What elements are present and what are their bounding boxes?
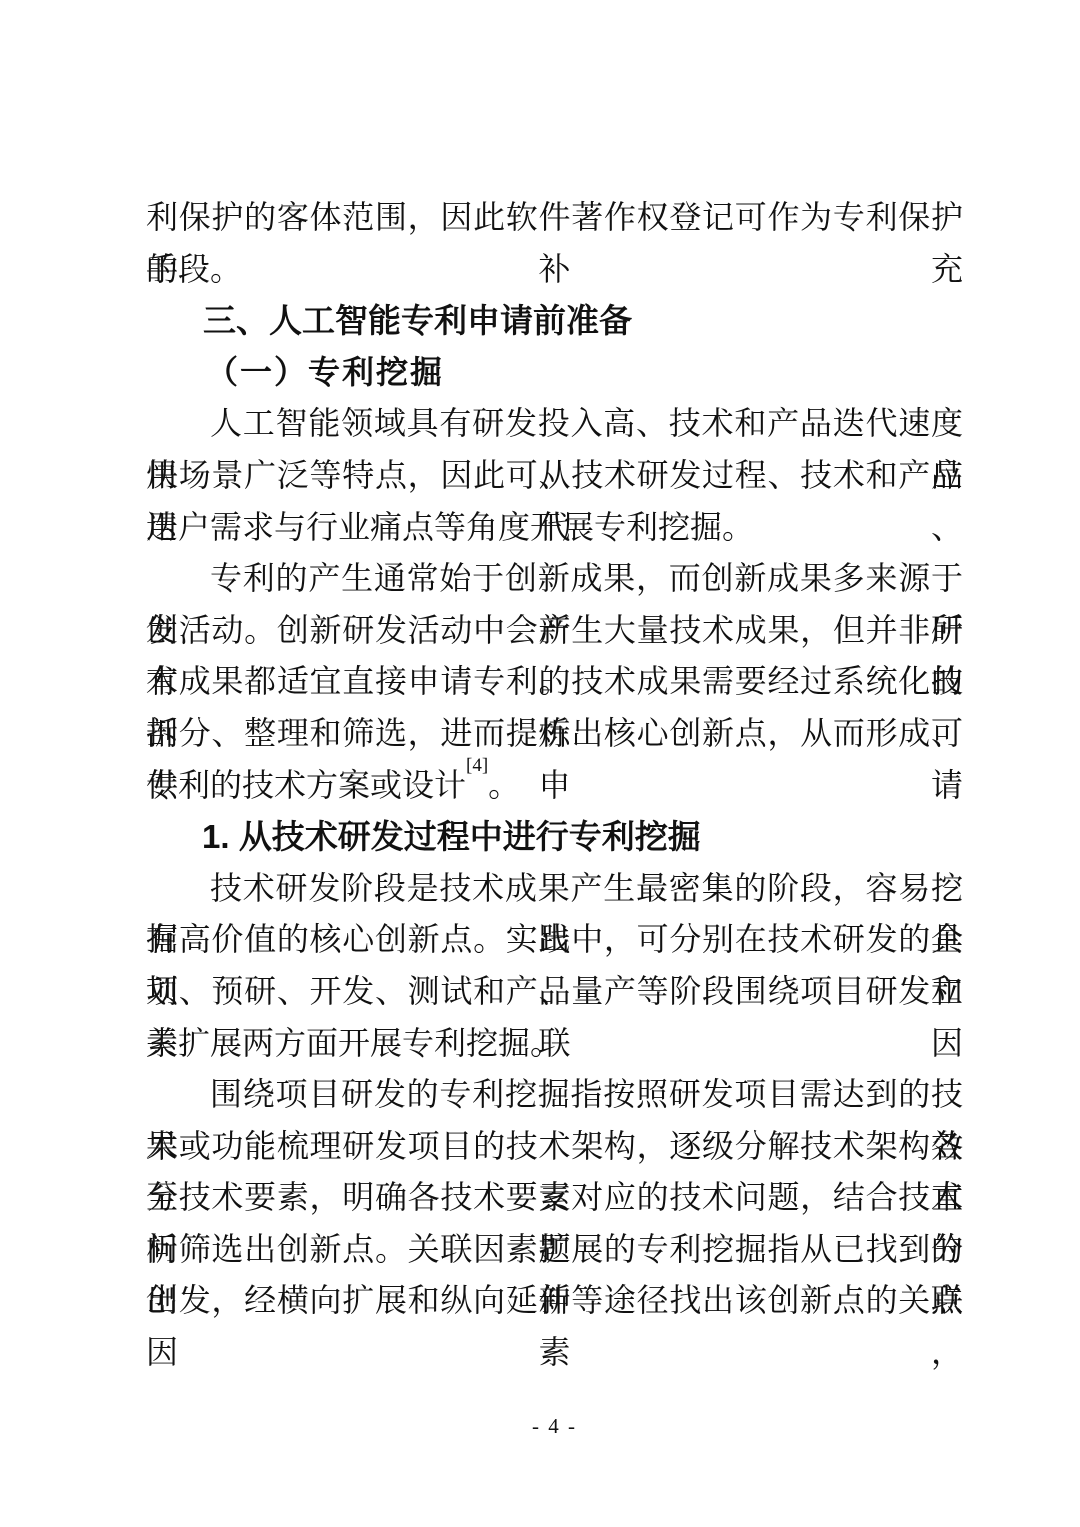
numbered-heading: 1. 从技术研发过程中进行专利挖掘 (146, 811, 963, 863)
body-line: 术成果都适宜直接申请专利。技术成果需要经过系统化的剖析、 (146, 656, 963, 708)
page-footer: - 4 - (146, 1414, 963, 1439)
body-line: 果或功能梳理研发项目的技术架构，逐级分解技术架构各分支直 (146, 1121, 963, 1173)
body-line: 拆分、整理和筛选，进而提炼出核心创新点，从而形成可供申请 (146, 708, 963, 760)
page-number: - 4 - (532, 1414, 577, 1438)
body-line: 围绕项目研发的专利挖掘指按照研发项目需达到的技术效 (146, 1069, 963, 1121)
body-line-text: 专利的技术方案或设计 (146, 767, 466, 803)
body-line: 人工智能领域具有研发投入高、技术和产品迭代速度快、应 (146, 398, 963, 450)
body-line: 专利的产生通常始于创新成果，而创新成果多来源于创新研 (146, 553, 963, 605)
body-line: 析筛选出创新点。关联因素扩展的专利挖掘指从已找到的创新点 (146, 1224, 963, 1276)
body-line: 用场景广泛等特点，因此可从技术研发过程、技术和产品迭代、 (146, 450, 963, 502)
footnote-reference: [4] (466, 755, 488, 776)
section-heading: 三、人工智能专利申请前准备 (146, 295, 963, 347)
body-line: 至技术要素，明确各技术要素对应的技术问题，结合技术问题分 (146, 1172, 963, 1224)
body-line: 利保护的客体范围，因此软件著作权登记可作为专利保护的补充 (146, 192, 963, 244)
body-line-text: 。 (488, 767, 520, 803)
body-line: 发活动。创新研发活动中会产生大量技术成果，但并非所有的技 (146, 605, 963, 657)
body-line: 项、预研、开发、测试和产品量产等阶段围绕项目研发和关联因 (146, 966, 963, 1018)
subsection-heading: （一）专利挖掘 (146, 347, 963, 399)
body-line: 技术研发阶段是技术成果产生最密集的阶段，容易挖掘出具 (146, 863, 963, 915)
page-content: 利保护的客体范围，因此软件著作权登记可作为专利保护的补充 手段。 三、人工智能专… (146, 192, 963, 1327)
document-page: 利保护的客体范围，因此软件著作权登记可作为专利保护的补充 手段。 三、人工智能专… (0, 0, 1080, 1527)
body-line: 有高价值的核心创新点。实践中，可分别在技术研发的企划、立 (146, 914, 963, 966)
body-line: 出发，经横向扩展和纵向延伸等途径找出该创新点的关联因素， (146, 1275, 963, 1327)
